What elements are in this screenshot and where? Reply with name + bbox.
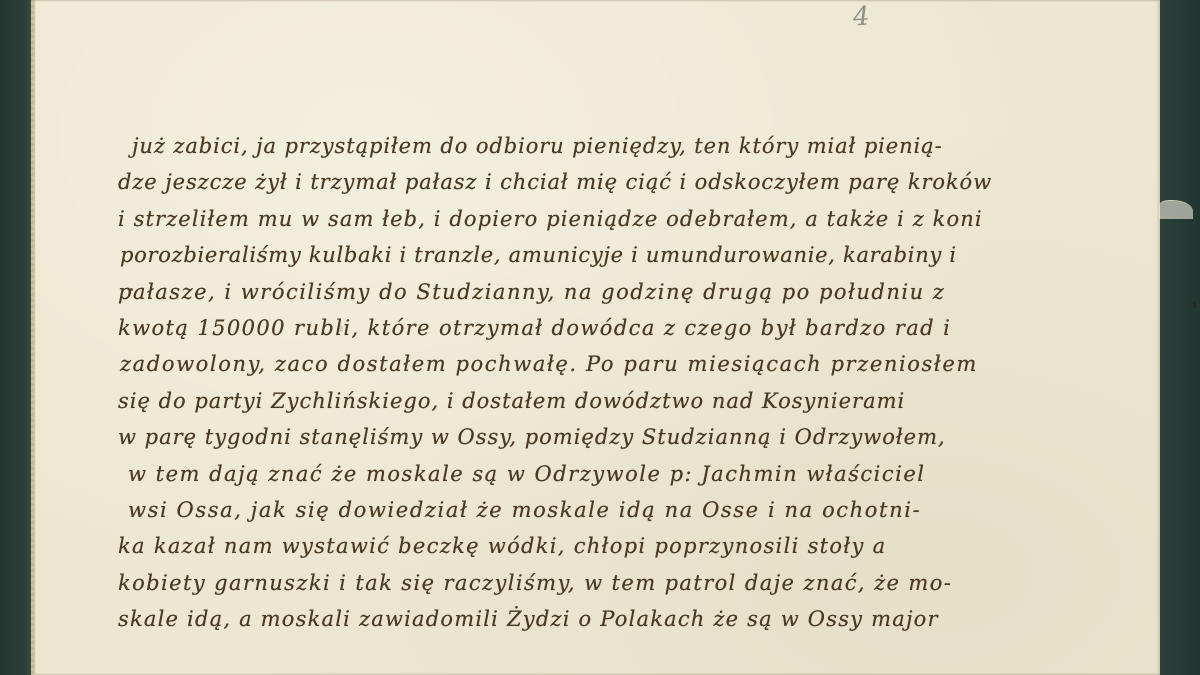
manuscript-line: pałasze, i wróciliśmy do Studzianny, na … [118, 274, 1166, 310]
manuscript-scan: 4 już zabici, ja przystąpiłem do odbioru… [0, 0, 1200, 675]
manuscript-line: w tem dają znać że moskale są w Odrzywol… [118, 456, 1166, 492]
manuscript-line: dze jeszcze żył i trzymał pałasz i chcia… [118, 164, 1166, 200]
manuscript-line: zadowolony, zaco dostałem pochwałę. Po p… [118, 346, 1166, 382]
scan-background-left [0, 0, 31, 675]
scan-background-right [1160, 0, 1200, 675]
manuscript-line: się do partyi Zychlińskiego, i dostałem … [118, 383, 1166, 419]
manuscript-line: już zabici, ja przystąpiłem do odbioru p… [118, 128, 1166, 164]
manuscript-line: wsi Ossa, jak się dowiedział że moskale … [118, 492, 1166, 528]
edge-mark [1193, 302, 1196, 308]
pencil-page-number: 4 [852, 1, 871, 32]
manuscript-line: w parę tygodni stanęliśmy w Ossy, pomięd… [118, 419, 1166, 455]
manuscript-line: ka kazał nam wystawić beczkę wódki, chło… [118, 528, 1166, 564]
manuscript-line: kwotą 150000 rubli, które otrzymał dowód… [118, 310, 1166, 346]
manuscript-line: porozbieraliśmy kulbaki i tranzle, amuni… [118, 237, 1166, 273]
manuscript-line: kobiety garnuszki i tak się raczyliśmy, … [118, 565, 1166, 601]
manuscript-line: skale idą, a moskali zawiadomili Żydzi o… [118, 601, 1166, 637]
manuscript-line: i strzeliłem mu w sam łeb, i dopiero pie… [118, 201, 1166, 237]
handwritten-text: już zabici, ja przystąpiłem do odbioru p… [118, 128, 1166, 637]
